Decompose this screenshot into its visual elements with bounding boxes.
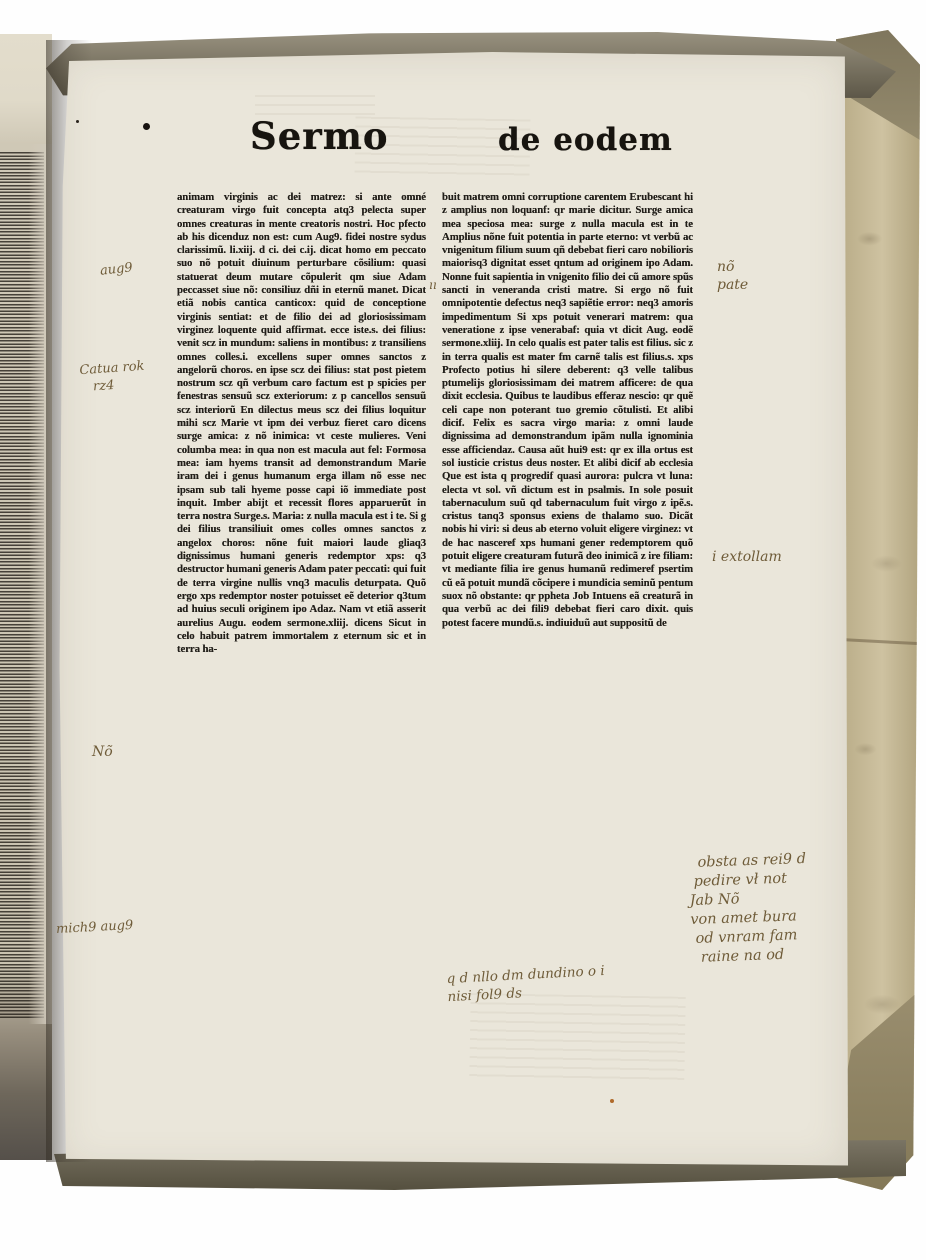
marginal-note-obsta-block: obsta as rei9 d pedire vł not Jab Nõ von… bbox=[688, 850, 810, 968]
marginal-note-cantica: Catua rok rz4 bbox=[79, 358, 146, 396]
show-through-text bbox=[469, 993, 685, 1082]
book-photograph: Sermo de eodem animam virginis ac dei ma… bbox=[0, 0, 926, 1260]
marginal-note-extollam: i extollam bbox=[712, 549, 782, 565]
running-title-right: de eodem bbox=[498, 122, 673, 158]
text-column-right: buit matrem omni corruptione carentem Er… bbox=[442, 191, 693, 973]
running-title-left: Sermo bbox=[250, 114, 389, 158]
marginal-note-non-pate: nõ pate bbox=[717, 258, 748, 294]
marginal-note-no: Nõ bbox=[92, 744, 113, 760]
interlinear-mark: ıı bbox=[429, 278, 437, 292]
facing-page-fade bbox=[0, 144, 52, 1024]
facing-page-fore-edge bbox=[0, 34, 52, 1160]
vellum-cover bbox=[836, 30, 920, 1190]
wormhole bbox=[143, 123, 150, 130]
text-column-left: animam virginis ac dei matrez: si ante o… bbox=[177, 191, 426, 983]
ink-speck bbox=[610, 1099, 614, 1103]
wormhole bbox=[76, 120, 79, 123]
